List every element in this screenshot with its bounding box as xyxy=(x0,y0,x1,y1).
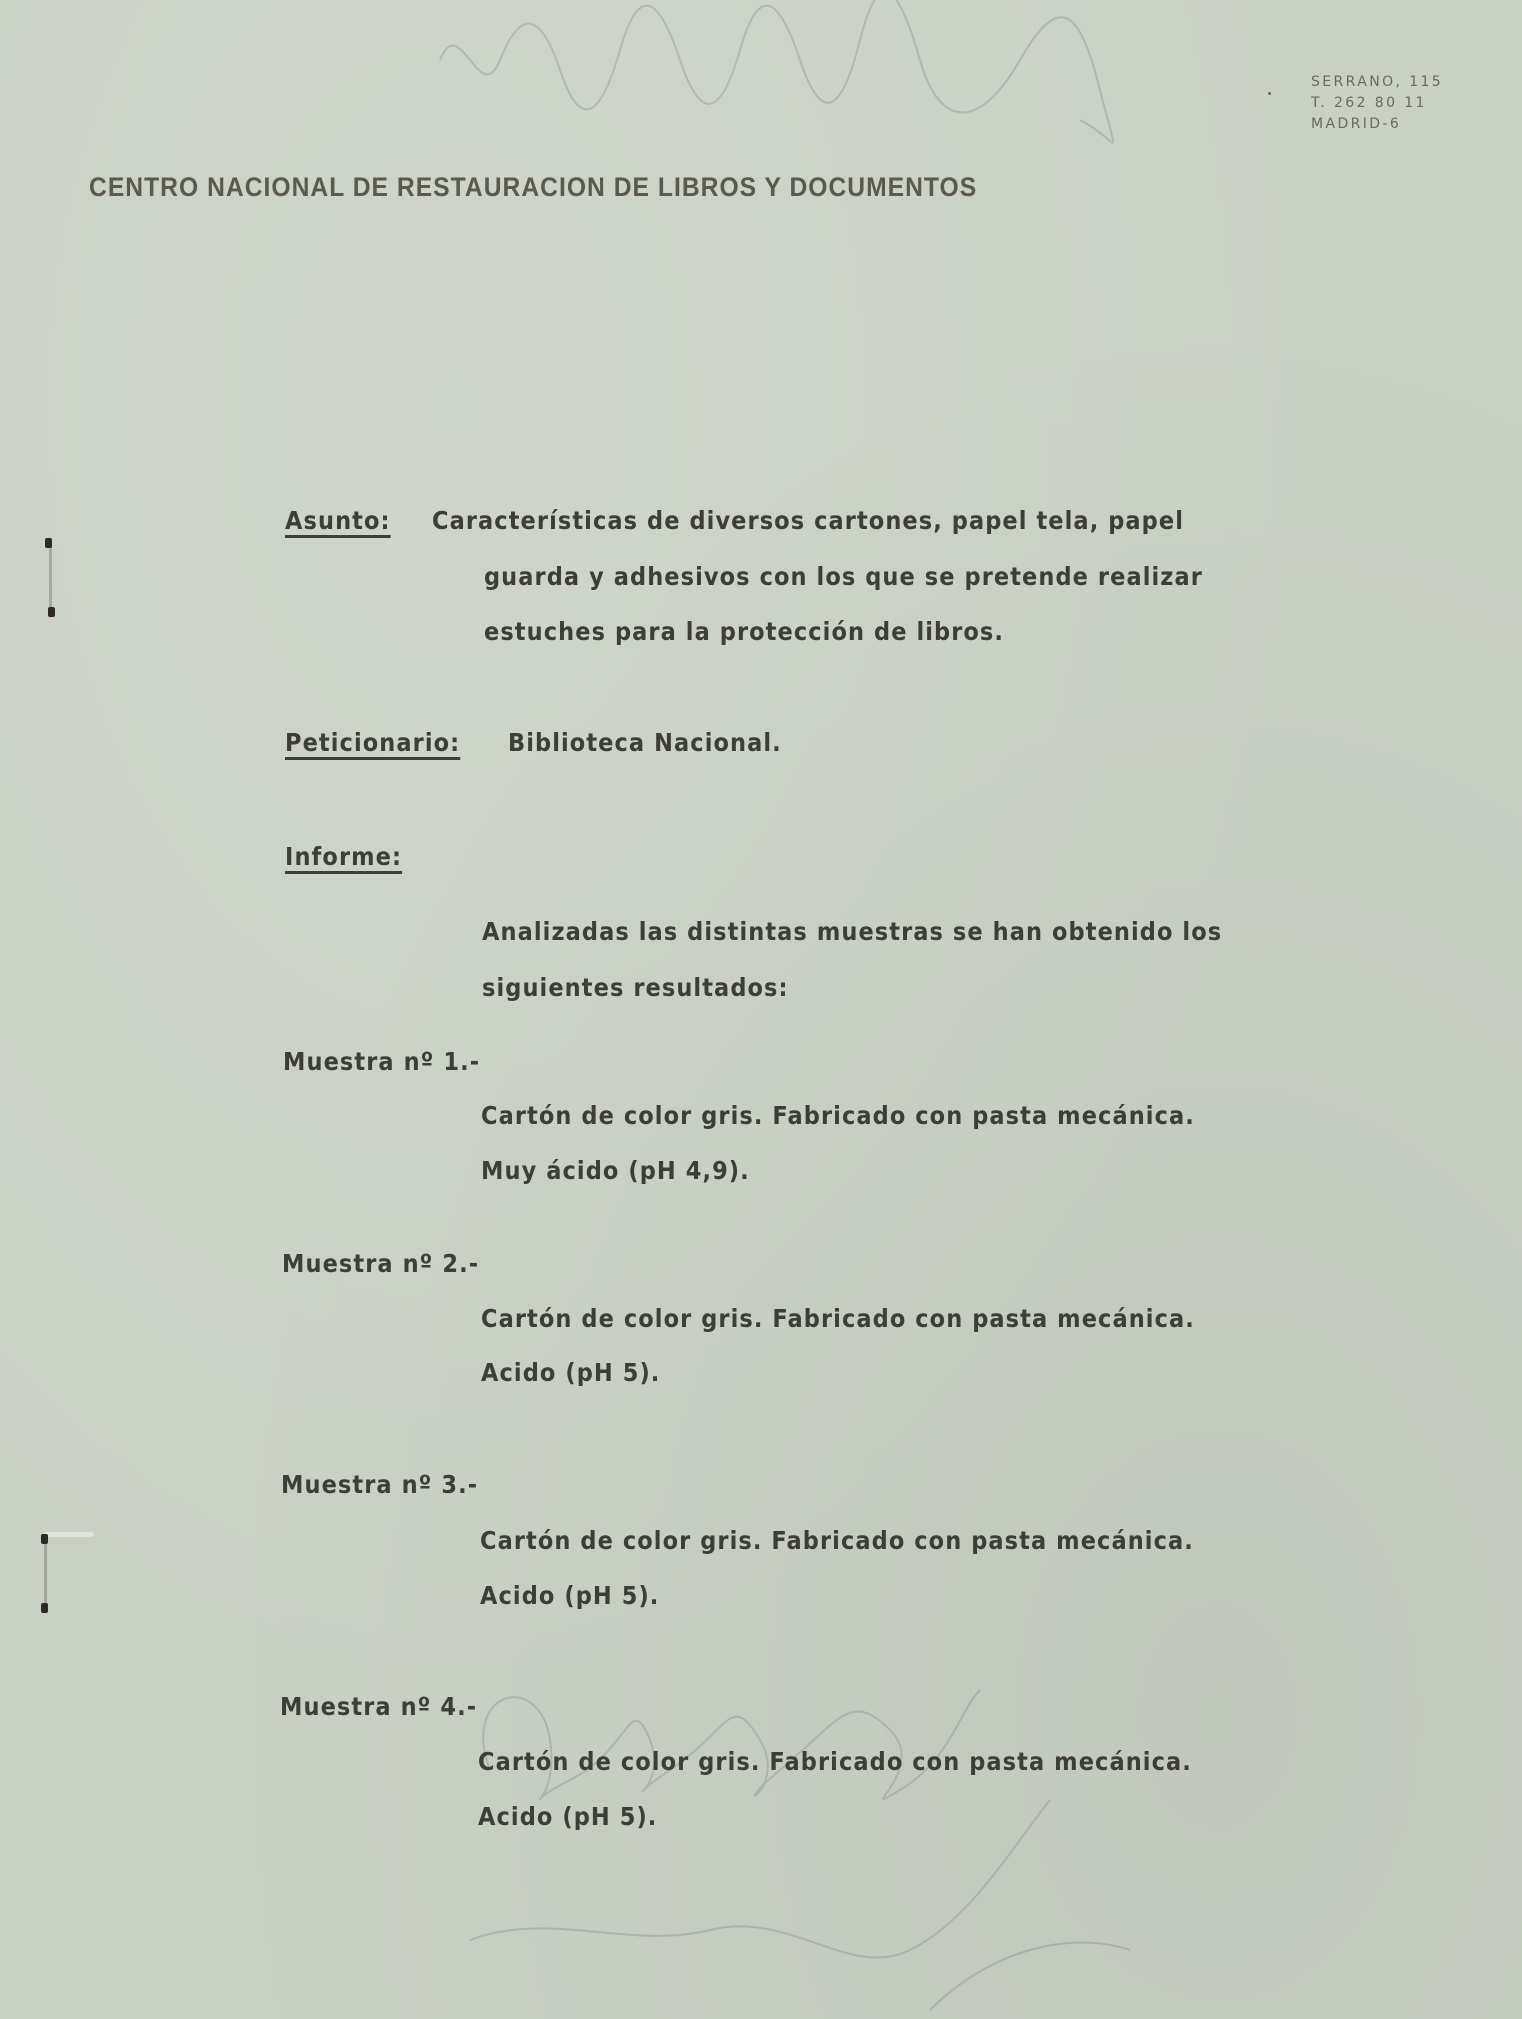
stray-mark xyxy=(1268,92,1271,95)
institution-name: CENTRO NACIONAL DE RESTAURACION DE LIBRO… xyxy=(89,172,977,203)
peticionario-label: Peticionario: xyxy=(285,728,460,757)
muestra-4-description: Cartón de color gris. Fabricado con past… xyxy=(478,1747,1192,1776)
paper-background xyxy=(0,0,1522,2019)
muestra-3-title: Muestra nº 3.- xyxy=(281,1470,478,1499)
informe-intro-line-1: Analizadas las distintas muestras se han… xyxy=(482,917,1222,946)
binding-thread-top xyxy=(49,542,52,612)
binding-hole-bottom-1 xyxy=(41,1534,48,1544)
letterhead-address: SERRANO, 115 T. 262 80 11 MADRID-6 xyxy=(1311,72,1443,135)
address-city: MADRID-6 xyxy=(1311,114,1443,135)
paper-tear-mark xyxy=(44,1532,94,1537)
binding-hole-top-1 xyxy=(45,538,52,548)
informe-intro-line-2: siguientes resultados: xyxy=(482,973,789,1002)
asunto-line-3: estuches para la protección de libros. xyxy=(484,617,1004,646)
muestra-4-acidity: Acido (pH 5). xyxy=(478,1802,657,1831)
muestra-1-title: Muestra nº 1.- xyxy=(283,1047,480,1076)
muestra-2-title: Muestra nº 2.- xyxy=(282,1249,479,1278)
asunto-label: Asunto: xyxy=(285,506,391,535)
asunto-line-1: Características de diversos cartones, pa… xyxy=(432,506,1184,535)
binding-thread-bottom xyxy=(44,1540,47,1608)
address-street: SERRANO, 115 xyxy=(1311,72,1443,93)
muestra-4-title: Muestra nº 4.- xyxy=(280,1692,477,1721)
muestra-1-acidity: Muy ácido (pH 4,9). xyxy=(481,1156,750,1185)
address-phone: T. 262 80 11 xyxy=(1311,93,1443,114)
muestra-3-acidity: Acido (pH 5). xyxy=(480,1581,659,1610)
muestra-2-description: Cartón de color gris. Fabricado con past… xyxy=(481,1304,1195,1333)
binding-hole-top-2 xyxy=(48,607,55,617)
binding-hole-bottom-2 xyxy=(41,1603,48,1613)
muestra-3-description: Cartón de color gris. Fabricado con past… xyxy=(480,1526,1194,1555)
peticionario-value: Biblioteca Nacional. xyxy=(508,728,782,757)
asunto-line-2: guarda y adhesivos con los que se preten… xyxy=(484,562,1203,591)
muestra-1-description: Cartón de color gris. Fabricado con past… xyxy=(481,1101,1195,1130)
informe-label: Informe: xyxy=(285,842,402,871)
muestra-2-acidity: Acido (pH 5). xyxy=(481,1358,660,1387)
